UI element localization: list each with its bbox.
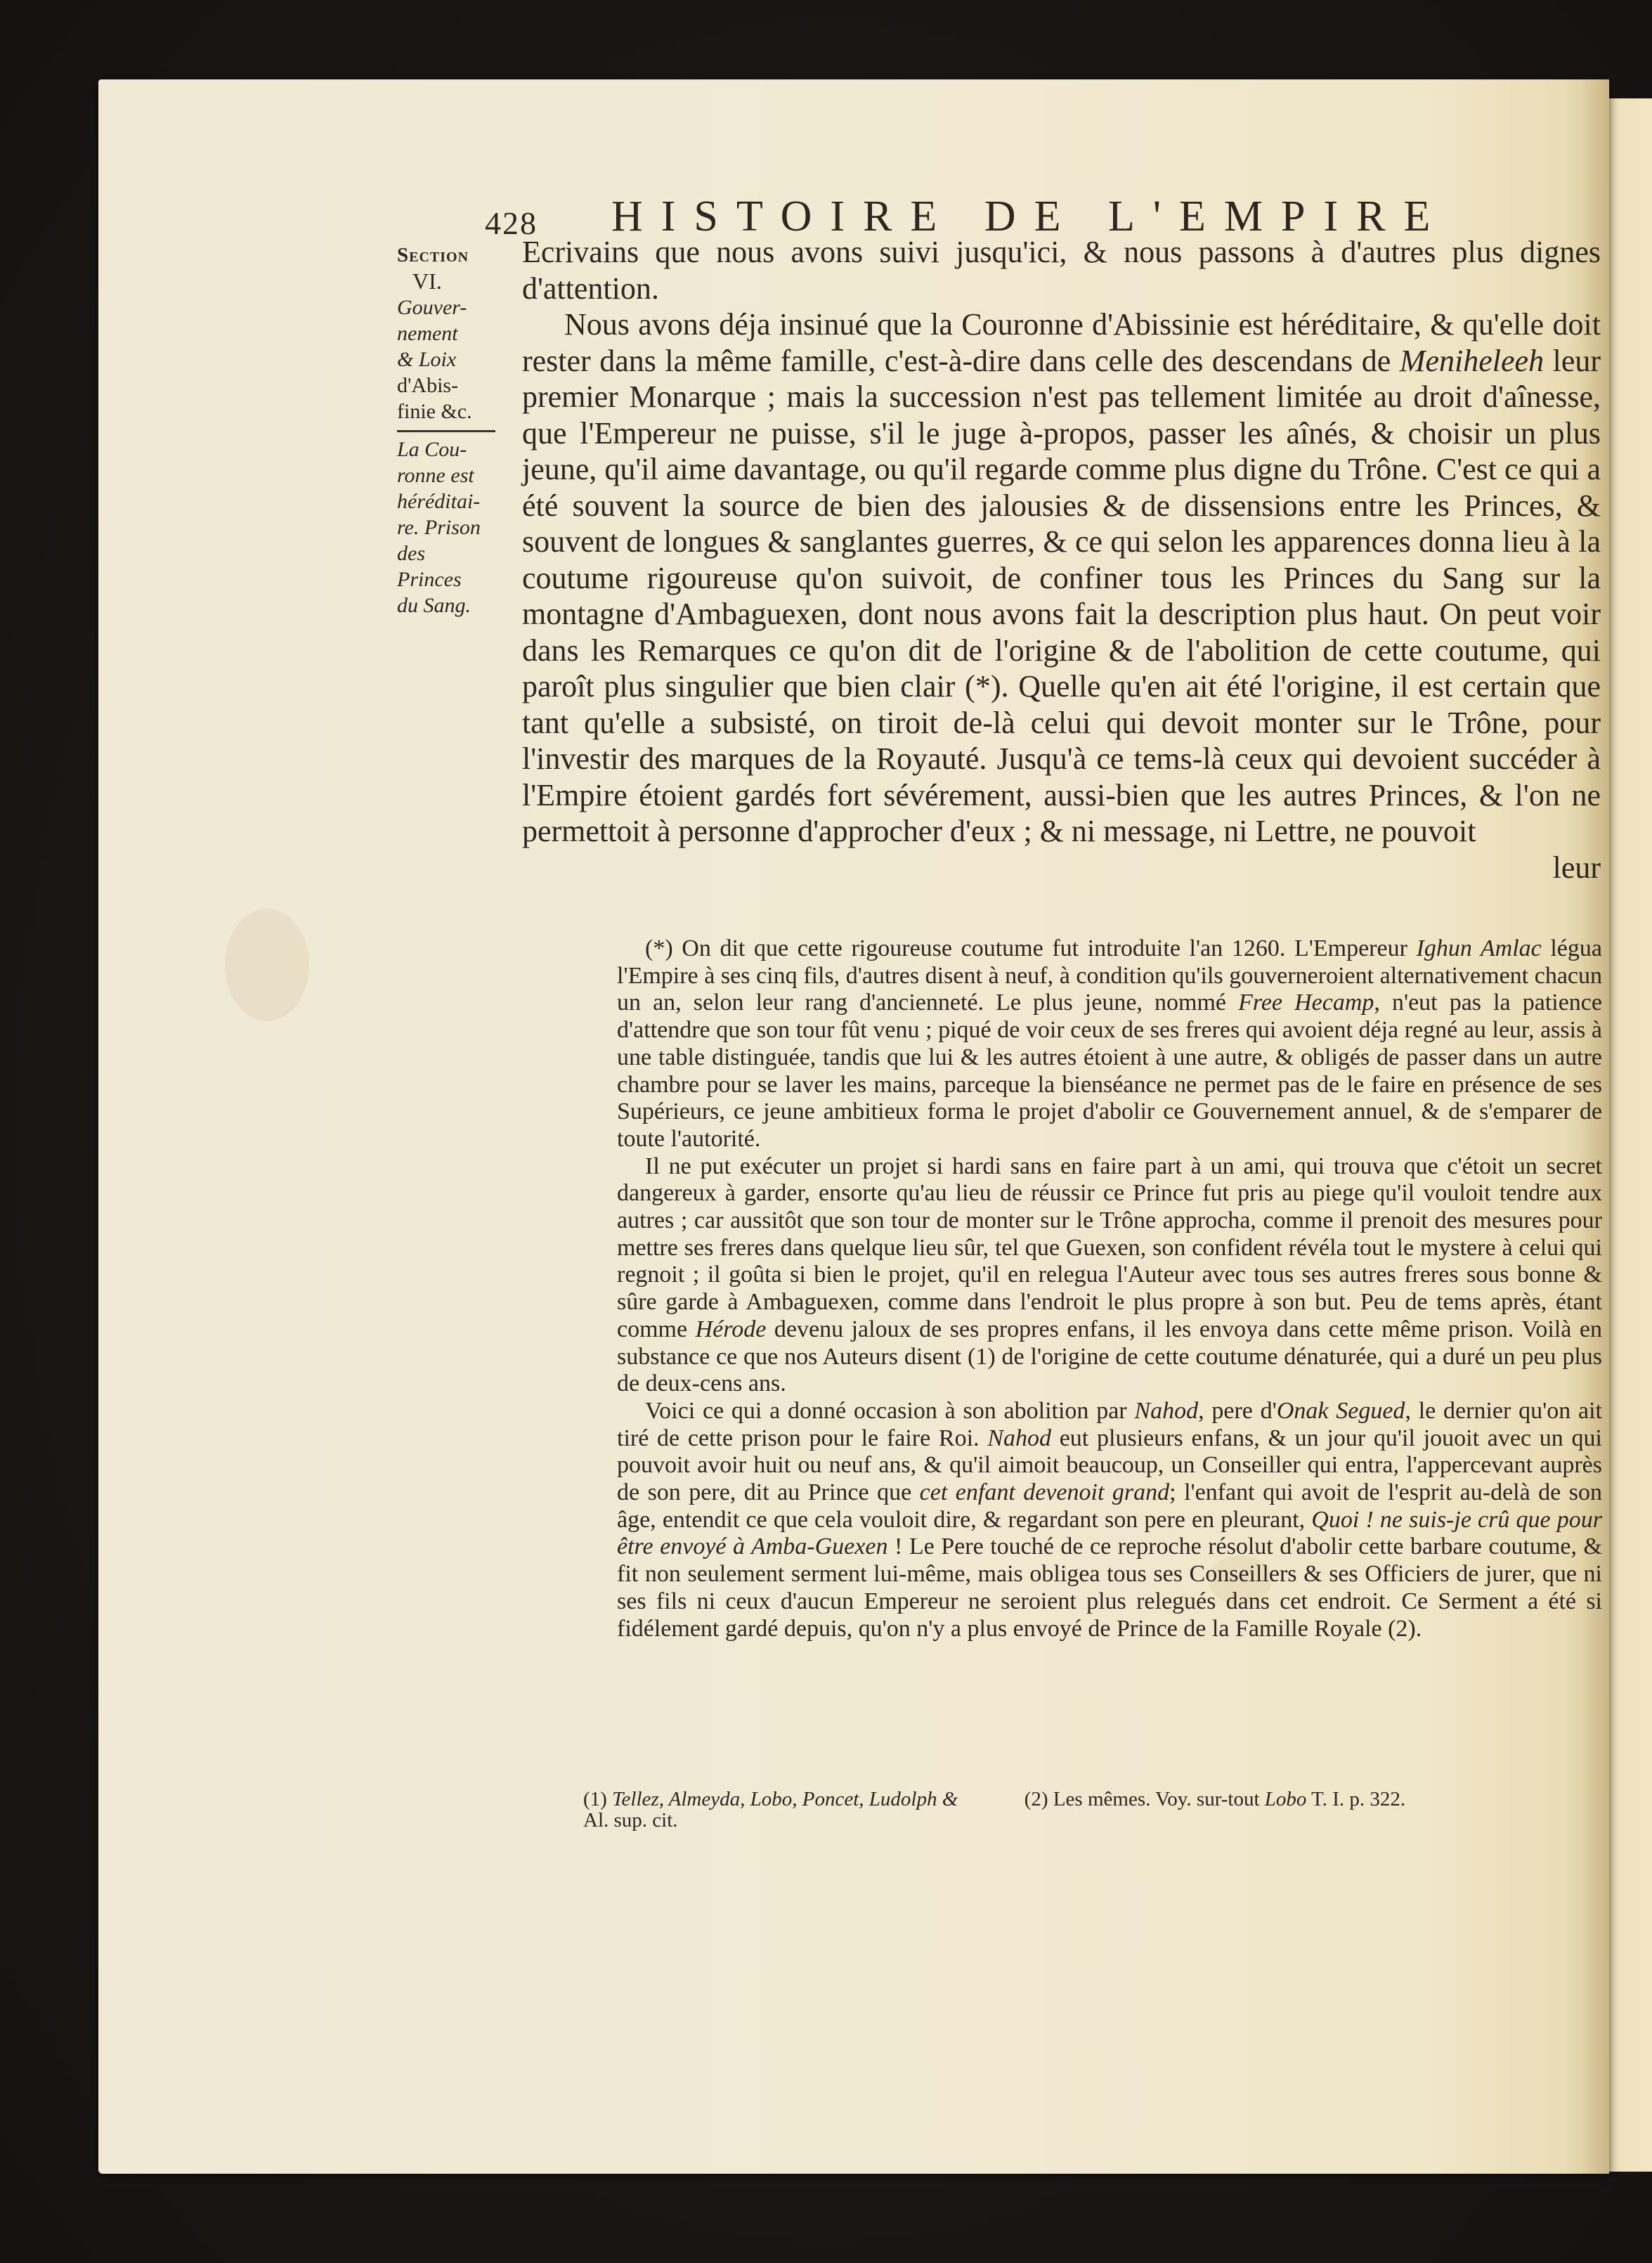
reference-1: (1) Tellez, Almeyda, Lobo, Poncet, Ludol… bbox=[583, 1788, 958, 1810]
ref-text: Les mêmes. Voy. sur-tout bbox=[1053, 1788, 1265, 1810]
reference-2: (2) Les mêmes. Voy. sur-tout Lobo T. I. … bbox=[1025, 1788, 1405, 1810]
margin-topic-line: & Loix bbox=[397, 346, 488, 372]
ref-text: Tellez, Almeyda, Lobo, Poncet, Ludolph & bbox=[612, 1788, 958, 1810]
footnote-paragraph: (*) On dit que cette rigoureuse coutume … bbox=[617, 935, 1602, 1153]
ref-number: (1) bbox=[583, 1788, 612, 1810]
quotation: cet enfant devenoit grand bbox=[920, 1479, 1169, 1505]
book-page: 428 HISTOIRE DE L'EMPIRE Section VI. Gou… bbox=[98, 79, 1609, 2174]
paper-stain bbox=[225, 909, 309, 1021]
margin-subject-line: ronne est bbox=[397, 462, 488, 488]
margin-subject-line: La Cou- bbox=[397, 436, 488, 462]
margin-subject-line: héréditai- bbox=[397, 488, 488, 514]
source-references: (1) Tellez, Almeyda, Lobo, Poncet, Ludol… bbox=[583, 1789, 1609, 1831]
margin-section-label: Section bbox=[397, 242, 488, 268]
margin-subject-line: des Princes bbox=[397, 540, 488, 592]
emperor-name: Nahod bbox=[987, 1425, 1051, 1451]
margin-section-number: VI. bbox=[397, 268, 488, 294]
footnote-paragraph: Voici ce qui a donné occasion à son abol… bbox=[617, 1398, 1602, 1642]
margin-topic-line: finie &c. bbox=[397, 398, 488, 424]
facing-page-edge bbox=[1608, 98, 1652, 2172]
margin-topic-line: nement bbox=[397, 320, 488, 346]
margin-subject-line: re. Prison bbox=[397, 514, 488, 540]
ref-author: Lobo bbox=[1265, 1788, 1307, 1810]
text-run: Voici ce qui a donné occasion à son abol… bbox=[645, 1398, 1134, 1424]
paragraph: Nous avons déja insinué que la Couronne … bbox=[522, 306, 1601, 850]
text-run: (*) On dit que cette rigoureuse coutume … bbox=[645, 935, 1417, 961]
footnote-paragraph: Il ne put exécuter un projet si hardi sa… bbox=[617, 1153, 1602, 1398]
text-run: Il ne put exécuter un projet si hardi sa… bbox=[617, 1153, 1602, 1342]
margin-topic-line: d'Abis- bbox=[397, 372, 488, 398]
main-text: Ecrivains que nous avons suivi jusqu'ici… bbox=[522, 234, 1601, 886]
text-run: leur premier Monarque ; mais la successi… bbox=[522, 344, 1601, 849]
person-name: Hérode bbox=[696, 1316, 767, 1342]
margin-subject-line: du Sang. bbox=[397, 592, 488, 618]
emperor-name: Meniheleeh bbox=[1400, 344, 1544, 378]
prince-name: Free Hecamp bbox=[1238, 990, 1374, 1016]
margin-divider bbox=[397, 430, 495, 432]
footnote-remark: (*) On dit que cette rigoureuse coutume … bbox=[617, 935, 1602, 1642]
margin-notes: Section VI. Gouver- nement & Loix d'Abis… bbox=[397, 242, 488, 618]
catchword: leur bbox=[522, 850, 1601, 886]
emperor-name: Onak Segued bbox=[1277, 1398, 1405, 1424]
margin-topic-line: Gouver- bbox=[397, 294, 488, 320]
emperor-name: Nahod bbox=[1134, 1398, 1198, 1424]
ref-text: T. I. p. 322. bbox=[1306, 1788, 1405, 1810]
ref-number: (2) bbox=[1025, 1788, 1053, 1810]
paragraph-continued: Ecrivains que nous avons suivi jusqu'ici… bbox=[522, 234, 1601, 306]
emperor-name: Ighun Amlac bbox=[1417, 935, 1542, 961]
text-run: , pere d' bbox=[1198, 1398, 1277, 1424]
reference-1-continuation: Al. sup. cit. bbox=[583, 1810, 1609, 1831]
